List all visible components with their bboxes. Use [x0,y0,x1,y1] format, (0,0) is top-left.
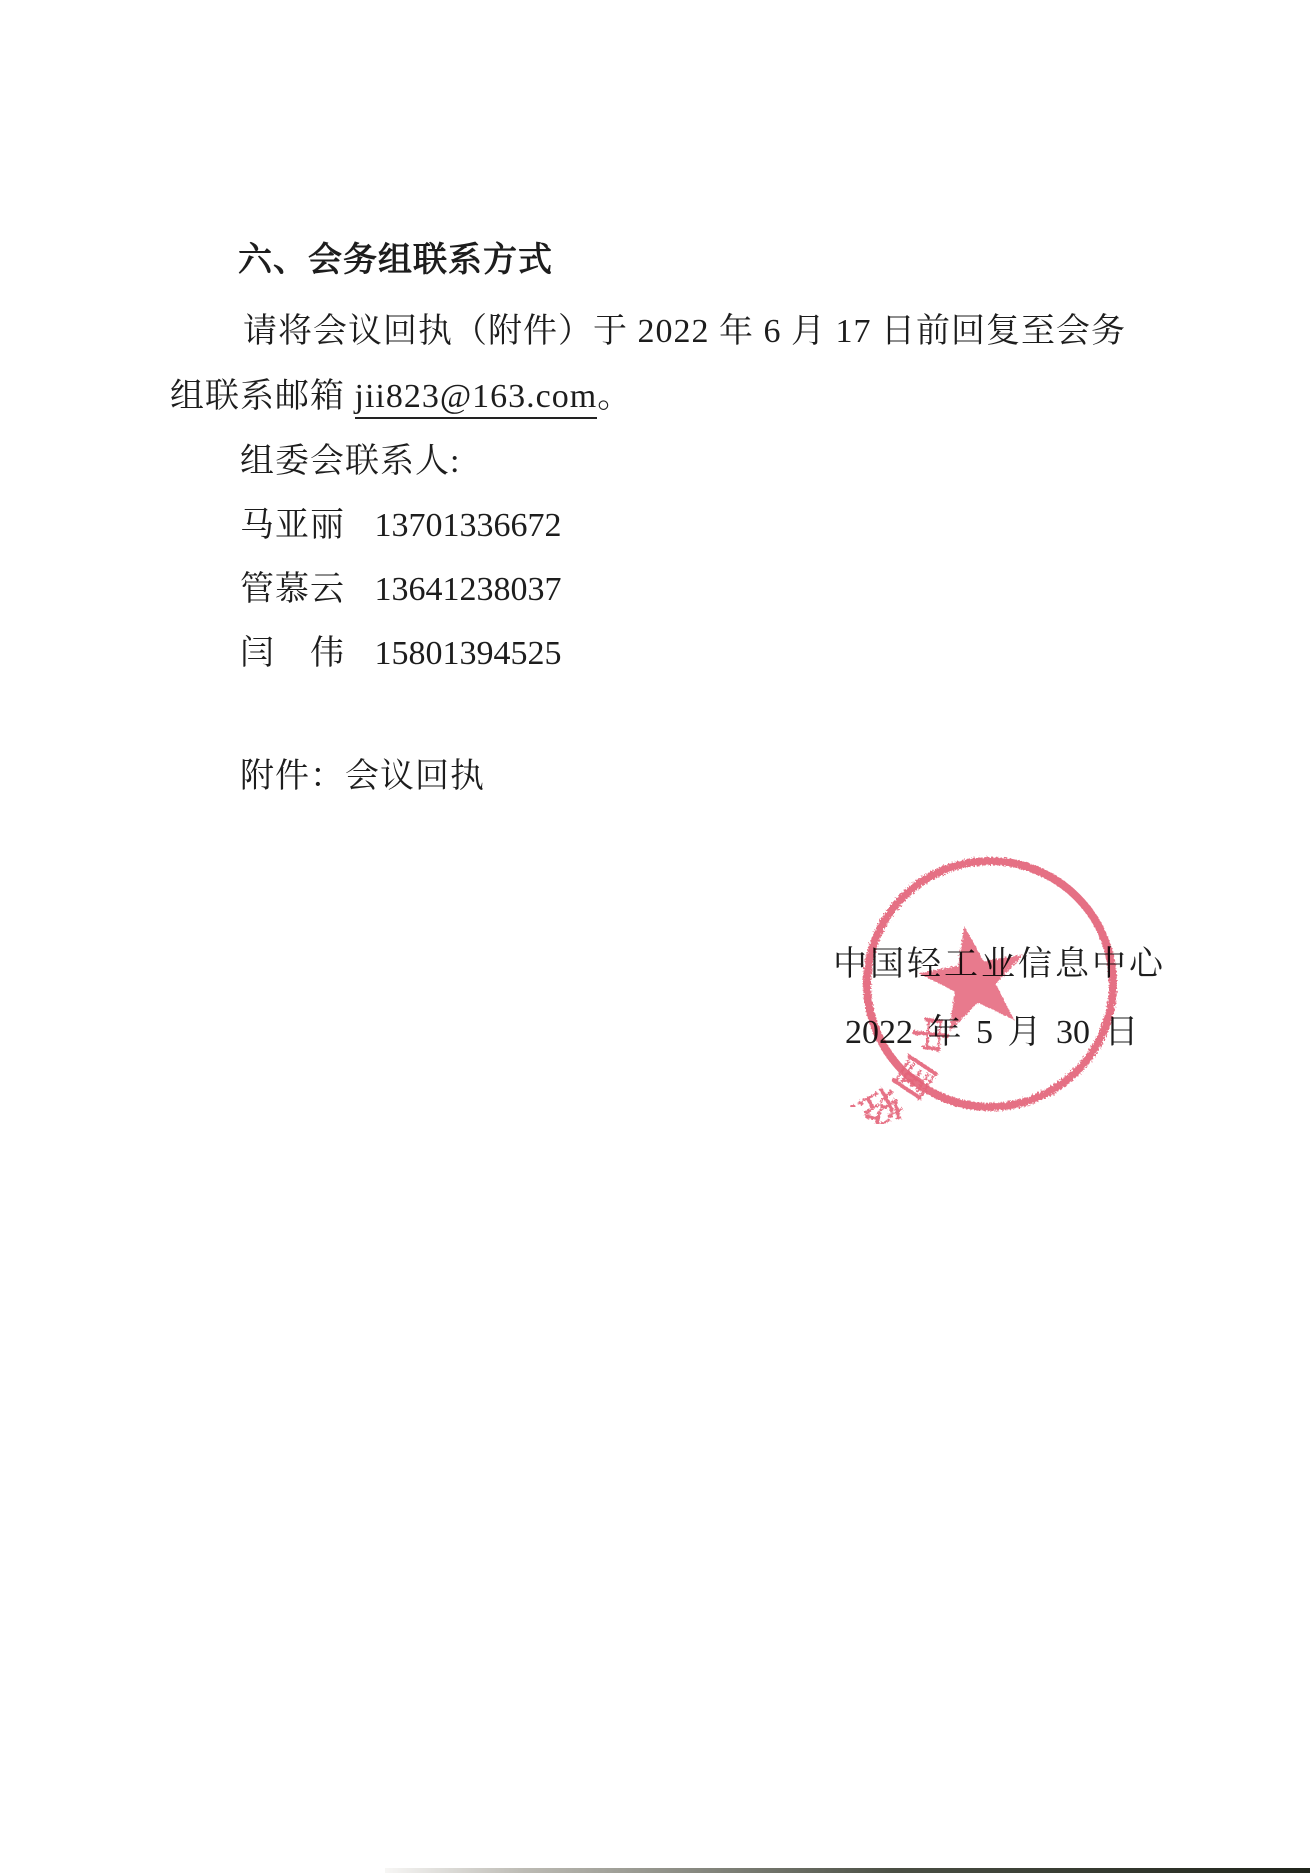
contact-name: 管慕云 [240,573,346,607]
contacts-heading: 组委会联系人: [240,445,460,479]
contact-row: 闫 伟 15801394525 [240,637,562,671]
official-seal-stamp: 中国轻工业信息中心 [850,844,1130,1124]
sentence-period: 。 [597,378,632,415]
contact-phone: 13641238037 [375,571,562,608]
contact-name: 闫 伟 [240,637,346,671]
section-heading: 六、会务组联系方式 [238,243,553,277]
contact-phone: 15801394525 [375,635,562,672]
scan-edge-artifact [385,1868,1310,1873]
email-label: 组联系邮箱 [170,378,355,415]
attachment-note: 附件：会议回执 [240,760,485,794]
contact-row: 马亚丽 13701336672 [240,509,562,543]
contact-row: 管慕云 13641238037 [240,573,562,607]
contact-name: 马亚丽 [240,509,346,543]
contact-phone: 13701336672 [375,507,562,544]
scanned-letter-page: 六、会务组联系方式 请将会议回执（附件）于 2022 年 6 月 17 日前回复… [0,0,1310,1873]
paragraph-line-1: 请将会议回执（附件）于 2022 年 6 月 17 日前回复至会务 [243,315,1126,349]
paragraph-line-2: 组联系邮箱 jii823@163.com。 [170,380,632,414]
email-link[interactable]: jii823@163.com [355,378,598,419]
